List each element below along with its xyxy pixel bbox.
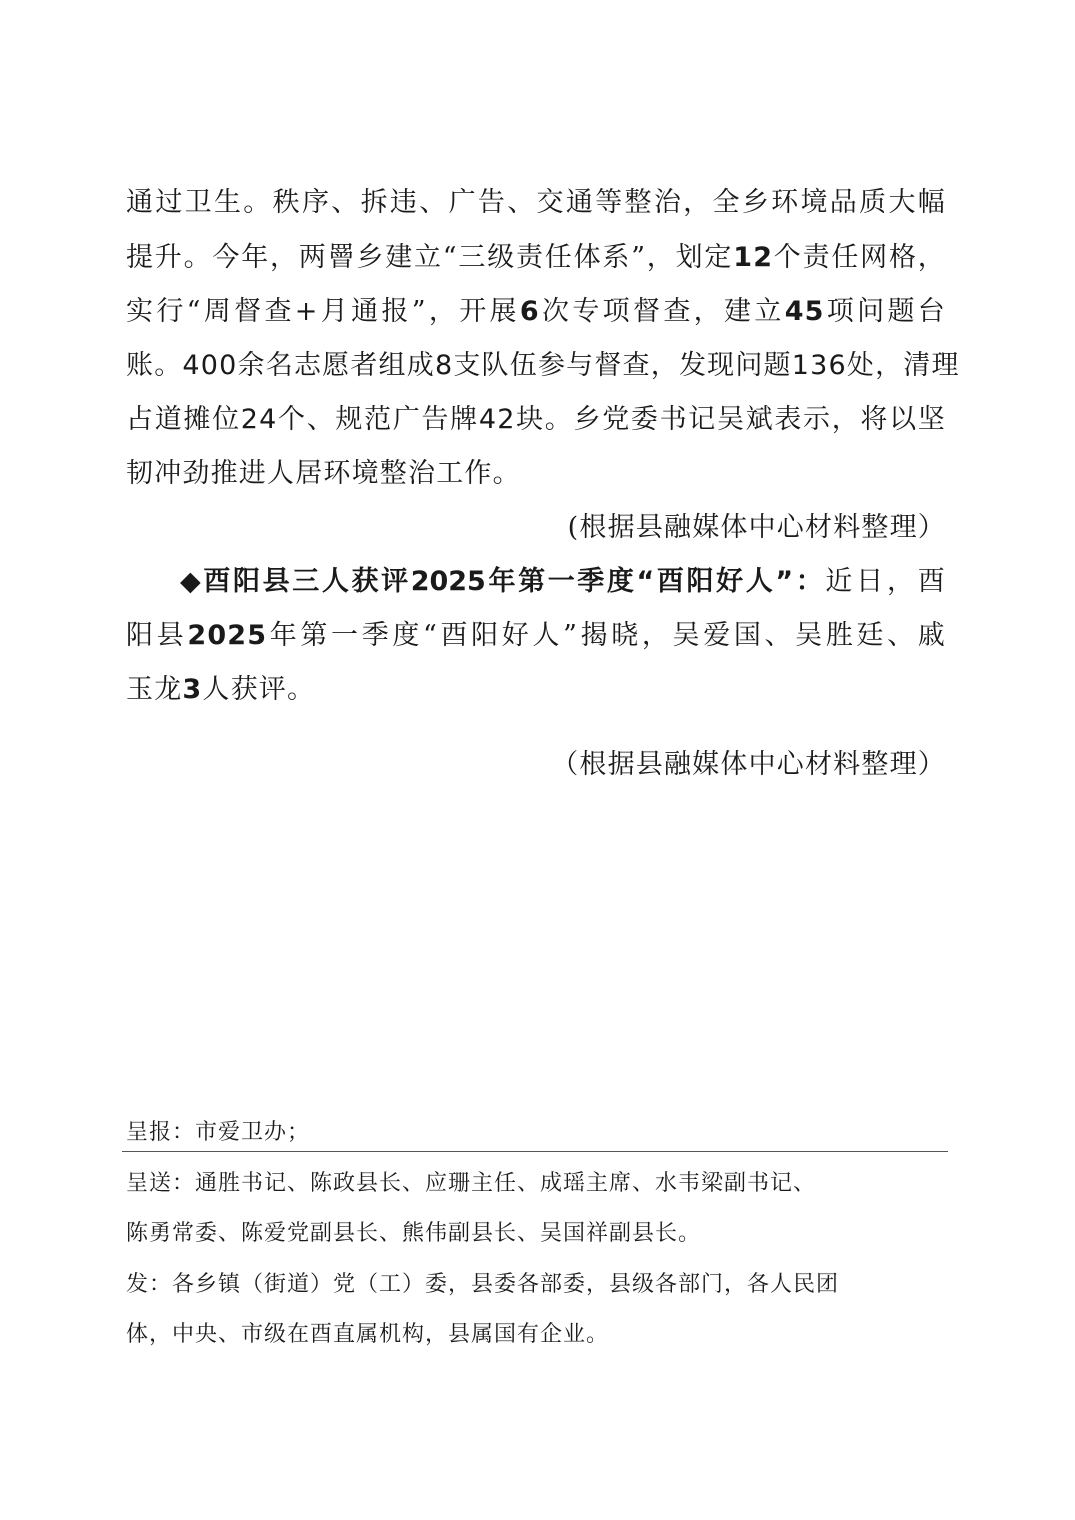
number: 42 [479,404,516,435]
number: 8 [435,350,453,381]
text: 处，清理 [847,350,960,381]
number: 3 [182,674,202,705]
text: 次专项督查，建立 [540,296,785,327]
text: 年第一季度“酉阳好人”揭晓，吴爱国、吴胜廷、戚 [267,620,946,651]
text: 个责任网格， [773,242,946,273]
text: 玉龙 [126,674,182,705]
paragraph-line: 玉龙3人获评。 [126,675,946,705]
text: 账。 [126,350,182,381]
paragraph-line: 实行“周督查+月通报”，开展6次专项督查，建立45项问题台 [126,297,946,327]
news-headline: 酉阳县三人获评2025年第一季度“酉阳好人”： [203,566,825,597]
paragraph-line: 阳县2025年第一季度“酉阳好人”揭晓，吴爱国、吴胜廷、戚 [126,621,946,651]
text: 支队伍参与督查，发现问题 [453,350,791,381]
text: 阳县 [126,620,187,651]
paragraph-line: 提升。今年，两罾乡建立“三级责任体系”，划定12个责任网格， [126,243,946,273]
paragraph-line: 账。400余名志愿者组成8支队伍参与督查，发现问题136处，清理 [126,351,946,381]
number: 24 [241,404,278,435]
paragraph-line: 通过卫生。秩序、拆违、广告、交通等整治，全乡环境品质大幅 [126,188,946,218]
text: 个、规范广告牌 [278,404,479,435]
text: 实行“周督查+月通报”，开展 [126,296,520,327]
source-attribution: (根据县融媒体中心材料整理） [126,513,946,543]
paragraph-line: 韧冲劲推进人居环境整治工作。 [126,459,946,489]
send-to-line: 呈送：通胜书记、陈政县长、应珊主任、成瑶主席、水韦梁副书记、 [126,1171,946,1197]
number: 2025 [187,620,267,651]
paragraph-line: 占道摊位24个、规范广告牌42块。乡党委书记吴斌表示，将以坚 [126,405,946,435]
text: 块。乡党委书记吴斌表示，将以坚 [516,404,946,435]
issue-to-line: 体，中央、市级在酉直属机构，县属国有企业。 [126,1322,946,1348]
diamond-bullet-icon: ◆ [126,566,203,597]
divider [122,1151,948,1152]
text: 通过卫生。秩序、拆违、广告、交通等整治，全乡环境品质大幅 [126,187,946,218]
issue-to-line: 发：各乡镇（街道）党（工）委，县委各部委，县级各部门，各人民团 [126,1272,946,1298]
number: 6 [520,296,540,327]
text: 余名志愿者组成 [238,350,435,381]
document-page: 通过卫生。秩序、拆违、广告、交通等整治，全乡环境品质大幅 提升。今年，两罾乡建立… [0,0,1075,1520]
news-headline-line: ◆酉阳县三人获评2025年第一季度“酉阳好人”：近日，酉 [126,567,946,597]
number: 400 [182,350,237,381]
text: 提升。今年，两罾乡建立“三级责任体系”，划定 [126,242,733,273]
number: 12 [733,242,773,273]
text: 项问题台 [825,296,946,327]
number: 136 [792,350,847,381]
send-to-line: 陈勇常委、陈爱党副县长、熊伟副县长、吴国祥副县长。 [126,1221,946,1247]
text: 近日，酉 [825,566,946,597]
text: 占道摊位 [126,404,241,435]
report-to: 呈报：市爱卫办； [126,1120,946,1146]
number: 45 [785,296,825,327]
text: 人获评。 [202,674,315,705]
text: 韧冲劲推进人居环境整治工作。 [126,458,521,489]
source-attribution: （根据县融媒体中心材料整理） [126,750,946,780]
